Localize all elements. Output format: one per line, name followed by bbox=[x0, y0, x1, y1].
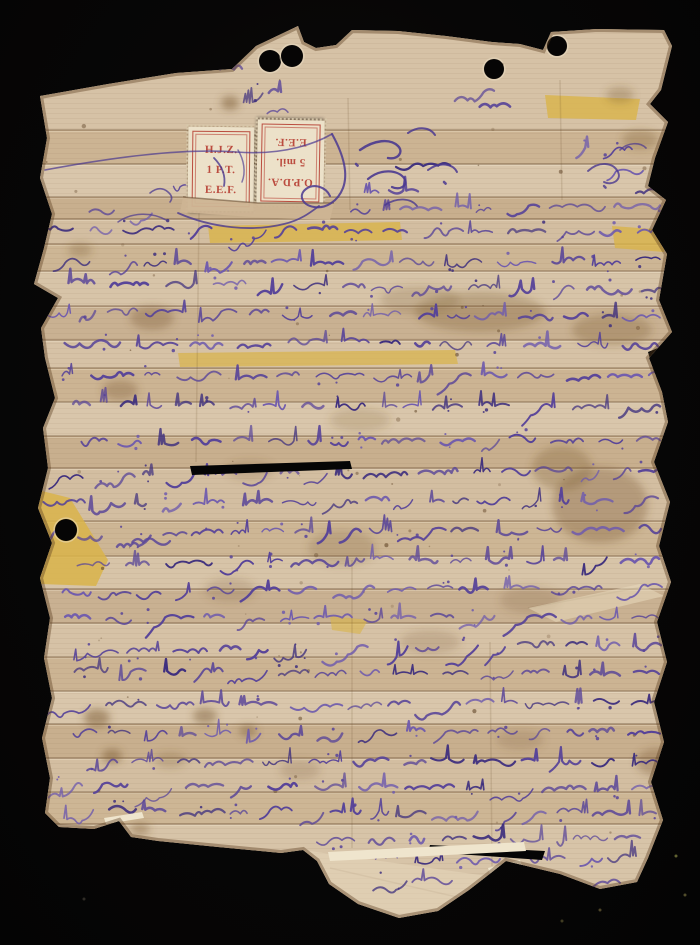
handwriting-word bbox=[146, 301, 186, 317]
handwriting-word bbox=[469, 275, 500, 289]
punch-hole-rim bbox=[54, 518, 78, 542]
strip-seam-shadow bbox=[0, 129, 700, 131]
handwriting-dot bbox=[221, 506, 224, 509]
handwriting-word bbox=[510, 435, 536, 442]
handwriting-dot bbox=[517, 538, 519, 540]
strip-seam-shadow bbox=[0, 588, 700, 590]
handwriting-word bbox=[638, 228, 662, 233]
handwriting-word bbox=[244, 261, 265, 264]
speck bbox=[547, 634, 551, 638]
handwriting-word bbox=[40, 226, 73, 230]
handwriting-dot bbox=[506, 252, 509, 255]
handwriting-word bbox=[109, 806, 136, 813]
handwriting-word bbox=[106, 701, 146, 707]
handwriting-word bbox=[277, 372, 299, 376]
handwriting-word bbox=[194, 663, 222, 682]
handwriting-word bbox=[190, 342, 222, 348]
handwriting-word bbox=[289, 587, 316, 593]
strip-seam-highlight bbox=[0, 522, 700, 523]
handwriting-word bbox=[274, 645, 306, 662]
speck bbox=[642, 166, 646, 170]
strip-seam-highlight bbox=[0, 437, 700, 438]
handwriting-word bbox=[192, 530, 223, 536]
handwriting-dot bbox=[255, 728, 257, 730]
handwriting-word bbox=[180, 809, 225, 816]
handwriting-word bbox=[474, 825, 505, 841]
handwriting-word bbox=[400, 207, 441, 211]
handwriting-dot bbox=[91, 768, 93, 770]
handwriting-word bbox=[364, 304, 401, 317]
handwriting-word bbox=[542, 786, 585, 792]
handwriting-word bbox=[268, 553, 282, 563]
handwriting-word bbox=[498, 262, 536, 267]
strip-seam-shadow bbox=[0, 467, 700, 469]
handwriting-dot bbox=[137, 699, 139, 701]
handwriting-word bbox=[231, 520, 248, 535]
stamp-text-line: E.E.F. bbox=[205, 184, 237, 195]
handwriting-word bbox=[281, 610, 309, 621]
handwriting-word bbox=[467, 699, 494, 704]
handwriting-word bbox=[38, 304, 70, 317]
speck bbox=[209, 108, 212, 111]
handwriting-dot bbox=[304, 535, 307, 538]
handwriting-word bbox=[564, 313, 588, 318]
handwriting-word bbox=[64, 805, 93, 823]
handwriting-word bbox=[318, 734, 343, 742]
handwriting-dot bbox=[471, 609, 473, 611]
handwriting-word bbox=[369, 838, 395, 845]
handwriting-dot bbox=[572, 591, 575, 594]
handwriting-word bbox=[576, 137, 588, 158]
handwriting-word bbox=[628, 731, 660, 734]
handwriting-dot bbox=[340, 436, 343, 439]
handwriting-word bbox=[432, 812, 478, 821]
ink-scribble bbox=[620, 144, 646, 150]
handwriting-dot bbox=[392, 791, 395, 794]
handwriting-dot bbox=[463, 637, 465, 639]
paper-strip bbox=[0, 792, 700, 824]
handwriting-word bbox=[336, 397, 365, 410]
handwriting-word bbox=[351, 799, 361, 814]
speck bbox=[326, 270, 329, 273]
speck bbox=[186, 788, 187, 789]
handwriting-dot bbox=[353, 805, 356, 808]
strip-seam-shadow bbox=[0, 791, 700, 793]
strip-seam-highlight bbox=[0, 165, 700, 166]
handwriting-word bbox=[119, 665, 145, 680]
handwriting-word bbox=[281, 469, 299, 473]
speck bbox=[396, 417, 400, 421]
handwriting-dot bbox=[83, 315, 86, 318]
handwriting-word bbox=[433, 396, 462, 409]
speck bbox=[232, 461, 233, 462]
handwriting-dot bbox=[62, 378, 65, 381]
handwriting-dot bbox=[538, 336, 541, 339]
felt-debris-speck bbox=[675, 855, 678, 858]
strip-seam-highlight bbox=[0, 131, 700, 132]
handwriting-word bbox=[522, 669, 549, 673]
handwriting-dot bbox=[658, 461, 661, 464]
speck bbox=[298, 717, 302, 721]
handwriting-word bbox=[239, 696, 276, 705]
handwriting-word bbox=[388, 701, 410, 706]
handwriting-word bbox=[621, 557, 659, 564]
handwriting-word bbox=[94, 783, 127, 793]
handwriting-word bbox=[137, 592, 161, 599]
handwriting-dot bbox=[164, 497, 167, 500]
handwriting-word bbox=[581, 471, 598, 482]
crease-line bbox=[348, 98, 350, 210]
paper-strip bbox=[0, 271, 700, 306]
paper-strip bbox=[0, 758, 700, 792]
handwriting-word bbox=[268, 783, 296, 790]
handwriting-word bbox=[636, 257, 660, 260]
handwriting-word bbox=[537, 528, 561, 532]
handwriting-word bbox=[443, 836, 466, 840]
stain bbox=[239, 725, 257, 737]
handwriting-dot bbox=[134, 447, 137, 450]
speck bbox=[314, 553, 318, 557]
handwriting-dot bbox=[336, 395, 338, 397]
handwriting-word bbox=[283, 501, 316, 506]
handwriting-word bbox=[279, 670, 309, 675]
handwriting-word bbox=[583, 880, 620, 888]
handwriting-dot bbox=[166, 219, 169, 222]
handwriting-dot bbox=[367, 309, 369, 311]
handwriting-word bbox=[566, 642, 587, 646]
handwriting-word bbox=[380, 341, 400, 344]
speck bbox=[273, 789, 277, 793]
handwriting-word bbox=[191, 226, 212, 239]
handwriting-word bbox=[410, 546, 438, 563]
handwriting-word bbox=[455, 193, 471, 208]
handwriting-word bbox=[147, 393, 161, 408]
stamp-text-line: E.E.F. bbox=[275, 136, 307, 148]
handwriting-word bbox=[622, 315, 660, 321]
handwriting-dot bbox=[234, 286, 237, 289]
handwriting-word bbox=[407, 721, 425, 731]
handwriting-dot bbox=[608, 706, 611, 709]
stain bbox=[280, 760, 320, 780]
handwriting-word bbox=[186, 784, 223, 788]
handwriting-word bbox=[468, 221, 492, 233]
strip-seam-highlight bbox=[0, 469, 700, 470]
handwriting-word bbox=[623, 343, 658, 350]
handwriting-dot bbox=[415, 735, 417, 737]
handwriting-word bbox=[106, 618, 131, 624]
handwriting-dot bbox=[327, 753, 329, 755]
handwriting-dot bbox=[137, 546, 139, 548]
stain bbox=[552, 467, 648, 543]
stain bbox=[330, 408, 390, 432]
handwriting-word bbox=[415, 851, 443, 864]
handwriting-dot bbox=[269, 552, 272, 555]
handwriting-word bbox=[137, 335, 178, 348]
handwriting-dot bbox=[657, 635, 660, 638]
handwriting-word bbox=[632, 695, 662, 705]
handwriting-word bbox=[391, 604, 415, 619]
handwriting-word bbox=[522, 749, 538, 760]
handwriting-word bbox=[475, 303, 506, 320]
speck bbox=[228, 378, 230, 380]
tear-gap bbox=[428, 845, 545, 860]
handwriting-dot bbox=[647, 565, 650, 568]
speck bbox=[46, 161, 48, 163]
strip-seam-shadow bbox=[0, 555, 700, 557]
handwriting-dot bbox=[332, 728, 335, 731]
handwriting-word bbox=[589, 728, 613, 732]
handwriting-word bbox=[157, 702, 194, 709]
handwriting-word bbox=[573, 835, 607, 840]
torn-sliver bbox=[488, 860, 522, 874]
handwriting-word bbox=[376, 854, 398, 858]
handwriting-dot bbox=[593, 668, 596, 671]
handwriting-word bbox=[557, 231, 594, 241]
handwriting-dot bbox=[269, 565, 272, 568]
paper-strip bbox=[0, 164, 700, 197]
handwriting-dot bbox=[409, 755, 411, 757]
handwriting-word bbox=[474, 458, 490, 473]
stain bbox=[496, 730, 544, 750]
punch-hole-rim bbox=[546, 35, 568, 57]
speck bbox=[639, 290, 642, 293]
handwriting-dot bbox=[207, 725, 209, 727]
handwriting-dot bbox=[368, 608, 371, 611]
speck bbox=[472, 709, 476, 713]
handwriting-dot bbox=[120, 612, 123, 615]
handwriting-word bbox=[144, 261, 166, 266]
handwriting-word bbox=[633, 634, 661, 651]
handwriting-dot bbox=[396, 383, 399, 386]
strip-seam-shadow bbox=[0, 435, 700, 437]
tape-patch bbox=[330, 616, 368, 634]
stain bbox=[400, 630, 460, 654]
handwriting-dot bbox=[654, 368, 656, 370]
handwriting-word bbox=[550, 747, 581, 772]
handwriting-word bbox=[364, 472, 408, 478]
handwriting-word bbox=[315, 774, 346, 790]
handwriting-word bbox=[228, 671, 267, 684]
handwriting-word bbox=[428, 585, 453, 588]
tape-patch bbox=[178, 350, 458, 367]
speck bbox=[482, 305, 483, 306]
strip-seam-highlight bbox=[0, 198, 700, 199]
handwriting-word bbox=[54, 259, 90, 272]
punch-hole bbox=[281, 45, 303, 67]
stamp-text-line: H.J.Z. bbox=[205, 144, 238, 155]
handwriting-word bbox=[143, 465, 153, 475]
handwriting-word bbox=[43, 531, 69, 542]
handwriting-word bbox=[291, 704, 343, 712]
ink-scribble bbox=[385, 199, 417, 206]
handwriting-word bbox=[455, 89, 494, 101]
handwriting-word bbox=[451, 528, 478, 532]
handwriting-dot bbox=[355, 240, 357, 242]
handwriting-dot bbox=[147, 608, 150, 611]
handwriting-word bbox=[567, 730, 583, 736]
handwriting-word bbox=[145, 731, 167, 741]
handwriting-dot bbox=[465, 306, 467, 308]
speck bbox=[300, 651, 302, 653]
handwriting-dot bbox=[607, 270, 609, 272]
handwriting-dot bbox=[350, 238, 353, 241]
handwriting-word bbox=[481, 671, 513, 680]
handwriting-dot bbox=[517, 539, 519, 541]
handwriting-word bbox=[502, 469, 530, 476]
handwriting-dot bbox=[341, 779, 344, 782]
paper-strip bbox=[0, 556, 700, 589]
speck bbox=[97, 789, 100, 792]
handwriting-dot bbox=[140, 533, 142, 535]
photo-scene: H.J.Z. 1 P.T. E.E.F. O.P.D.A. 5 mil. E.E… bbox=[0, 0, 700, 945]
stain bbox=[622, 130, 658, 150]
handwriting-word bbox=[637, 437, 660, 441]
handwriting-word bbox=[288, 331, 327, 345]
punch-hole-rim bbox=[483, 58, 505, 80]
handwriting-word bbox=[642, 288, 663, 292]
handwriting-dot bbox=[396, 534, 398, 536]
handwriting-word bbox=[323, 500, 358, 514]
handwriting-word bbox=[146, 615, 193, 638]
handwriting-word bbox=[404, 760, 425, 765]
handwriting-word bbox=[595, 776, 618, 791]
handwriting-word bbox=[396, 806, 426, 817]
handwriting-word bbox=[516, 881, 565, 886]
handwriting-word bbox=[336, 463, 352, 479]
handwriting-word bbox=[333, 586, 374, 599]
speck bbox=[461, 306, 464, 309]
handwriting-dot bbox=[322, 780, 324, 782]
stain bbox=[102, 380, 138, 400]
handwriting-dot bbox=[293, 319, 295, 321]
speck bbox=[256, 716, 258, 718]
speck bbox=[633, 734, 636, 737]
tear-gap bbox=[648, 344, 670, 388]
handwriting-word bbox=[366, 497, 389, 501]
speck bbox=[636, 326, 640, 330]
strip-seam-highlight bbox=[0, 590, 700, 591]
handwriting-word bbox=[487, 334, 505, 346]
handwriting-word bbox=[230, 399, 256, 409]
handwriting-word bbox=[220, 646, 240, 651]
handwriting-word bbox=[302, 403, 323, 408]
handwriting-word bbox=[43, 499, 85, 506]
stain bbox=[76, 830, 104, 846]
strip-seam-shadow bbox=[0, 218, 700, 220]
tape-patch bbox=[612, 226, 666, 252]
ink-scribble bbox=[444, 182, 446, 184]
handwriting-word bbox=[89, 209, 114, 214]
handwriting-word bbox=[234, 426, 252, 441]
handwriting-word bbox=[135, 494, 146, 506]
handwriting-word bbox=[230, 811, 247, 814]
handwriting-word bbox=[398, 528, 446, 541]
ink-scribble bbox=[368, 171, 405, 188]
handwriting-dot bbox=[123, 220, 126, 223]
strip-seam-highlight bbox=[0, 403, 700, 404]
speck bbox=[414, 410, 417, 413]
paper-strip bbox=[0, 623, 700, 657]
stain bbox=[130, 823, 150, 835]
handwriting-word bbox=[617, 584, 662, 600]
speck bbox=[347, 469, 349, 471]
handwriting-word bbox=[496, 813, 516, 831]
strip-seam-shadow bbox=[0, 305, 700, 307]
handwriting-dot bbox=[335, 382, 337, 384]
handwriting-word bbox=[480, 103, 510, 107]
handwriting-dot bbox=[236, 569, 238, 571]
handwriting-dot bbox=[493, 677, 495, 679]
speck bbox=[502, 63, 505, 66]
handwriting-word bbox=[587, 286, 631, 294]
handwriting-dot bbox=[189, 659, 191, 661]
handwriting-word bbox=[316, 373, 364, 378]
handwriting-word bbox=[231, 786, 251, 797]
handwriting-word bbox=[371, 799, 389, 819]
handwriting-word bbox=[600, 607, 618, 619]
handwriting-dot bbox=[583, 139, 585, 141]
speck bbox=[98, 639, 100, 641]
light-patch bbox=[303, 850, 487, 918]
handwriting-dot bbox=[559, 493, 562, 496]
speck bbox=[384, 543, 388, 547]
handwriting-word bbox=[530, 729, 550, 740]
handwriting-word bbox=[194, 489, 225, 505]
handwriting-word bbox=[592, 255, 620, 266]
handwriting-dot bbox=[103, 394, 105, 396]
handwriting-word bbox=[405, 784, 454, 789]
handwriting-word bbox=[99, 592, 131, 600]
handwriting-word bbox=[236, 365, 267, 379]
handwriting-dot bbox=[613, 795, 616, 798]
handwriting-dot bbox=[578, 707, 580, 709]
handwriting-word bbox=[508, 229, 545, 233]
speck bbox=[491, 128, 494, 131]
handwriting-word bbox=[135, 789, 171, 807]
handwriting-word bbox=[412, 286, 451, 296]
handwriting-word bbox=[561, 616, 591, 624]
handwriting-dot bbox=[317, 382, 320, 385]
stain bbox=[102, 749, 122, 763]
speck bbox=[299, 475, 300, 476]
stamp-text-line: O.P.D.A. bbox=[267, 176, 312, 188]
handwriting-word bbox=[580, 859, 602, 866]
handwriting-word bbox=[163, 532, 186, 535]
handwriting-dot bbox=[483, 411, 485, 413]
handwriting-dot bbox=[252, 236, 255, 239]
handwriting-word bbox=[530, 848, 564, 863]
handwriting-dot bbox=[139, 677, 142, 680]
handwriting-word bbox=[639, 800, 656, 815]
stain bbox=[380, 286, 460, 314]
strip-seam-shadow bbox=[0, 163, 700, 165]
handwriting-dot bbox=[561, 506, 563, 508]
handwriting-dot bbox=[447, 581, 450, 584]
handwriting-word bbox=[599, 439, 622, 443]
handwriting-dot bbox=[322, 220, 325, 223]
document-photo-base bbox=[0, 0, 700, 945]
handwriting-word bbox=[486, 547, 512, 563]
felt-debris-speck bbox=[561, 920, 564, 923]
handwriting-word bbox=[410, 836, 424, 843]
stain bbox=[415, 292, 545, 332]
handwriting-dot bbox=[278, 664, 281, 667]
handwriting-word bbox=[504, 614, 556, 636]
handwriting-word bbox=[490, 789, 533, 801]
handwriting-dot bbox=[205, 399, 208, 402]
handwriting-word bbox=[176, 394, 191, 406]
handwriting-word bbox=[214, 280, 246, 285]
